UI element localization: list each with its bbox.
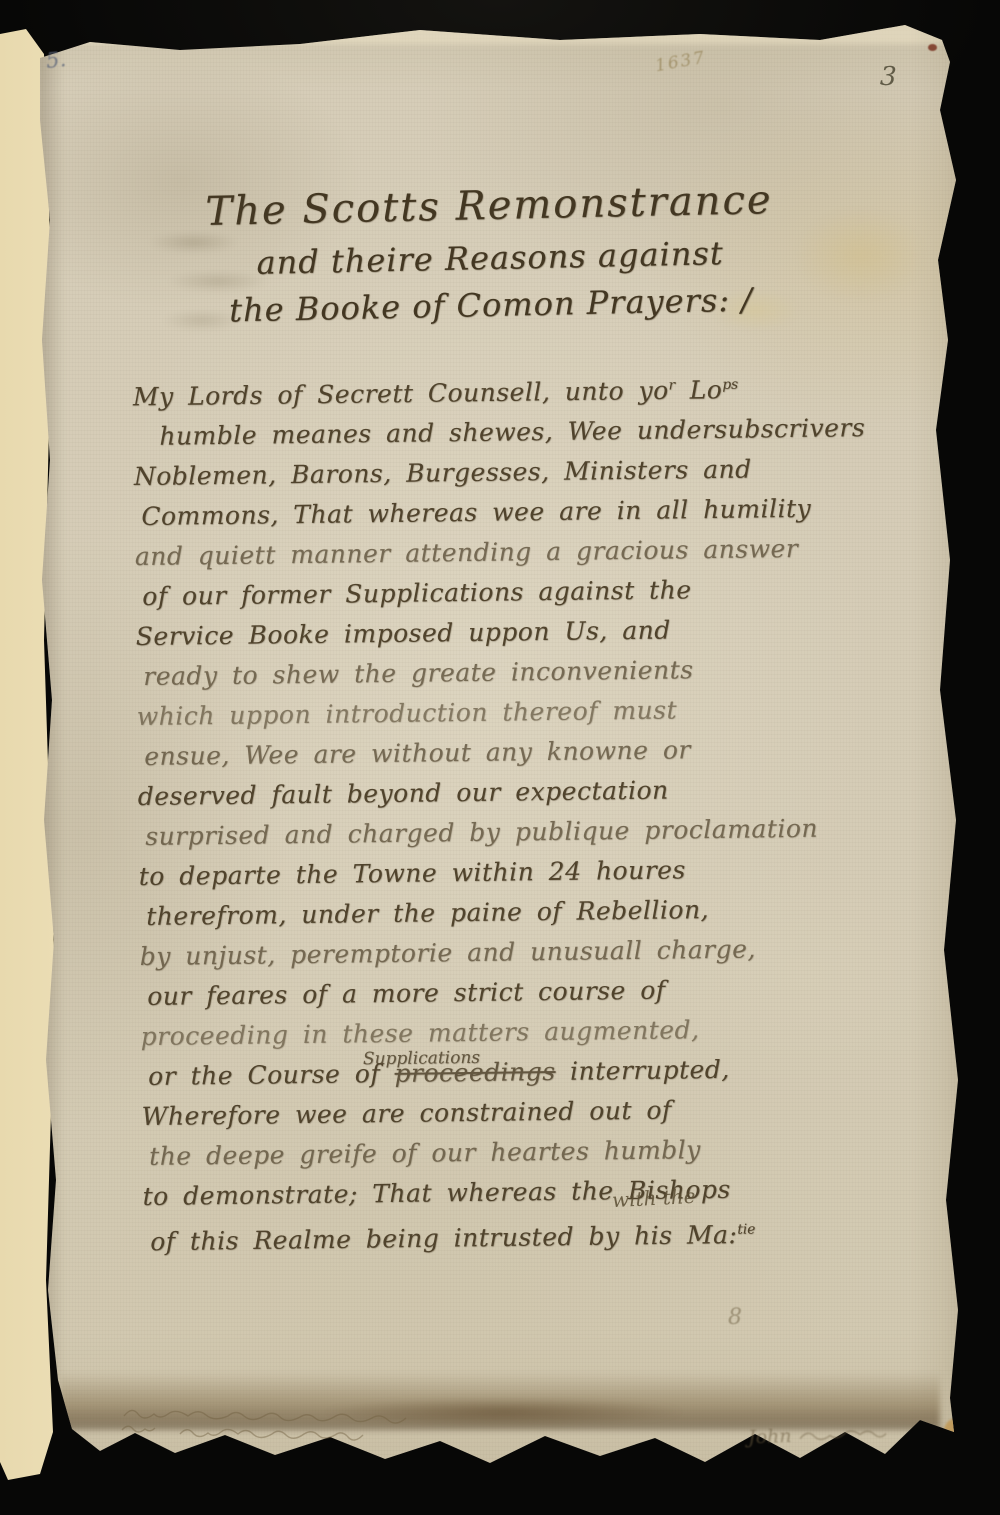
- correction-suffix: interrupted,: [555, 1055, 730, 1086]
- correction-prefix: or the Course of: [148, 1059, 395, 1091]
- year-annotation: 1637: [654, 48, 708, 77]
- illegible-flourish: [797, 1426, 888, 1445]
- illegible-marginalia-script: [120, 1402, 540, 1450]
- manuscript-line: ensue, Wee are without any knowne or: [144, 729, 797, 777]
- superscript: tie: [737, 1222, 755, 1238]
- struck-out-word: proceedings: [394, 1057, 555, 1088]
- manuscript-line: surprised and charged by publique procla…: [145, 809, 798, 857]
- salutation-text: My Lords of Secrett Counsell, unto yo: [133, 376, 669, 412]
- document-title: The Scotts Remonstrance and theire Reaso…: [168, 171, 811, 334]
- name-text: John: [748, 1425, 792, 1449]
- manuscript-line: and quiett manner attending a gracious a…: [135, 529, 795, 577]
- majesty-text: of this Realme being intrusted by his Ma…: [150, 1220, 737, 1256]
- archival-number: 5.: [45, 47, 67, 73]
- faint-numeral-mark: 8: [728, 1305, 742, 1330]
- manuscript-photo: 5. 1637 3 The Scotts Remonstrance and th…: [0, 0, 1000, 1515]
- manuscript-line: the deepe greife of our heartes humbly: [149, 1129, 802, 1177]
- catchword: with the: [611, 1184, 696, 1212]
- ink-layer: 5. 1637 3 The Scotts Remonstrance and th…: [0, 0, 1000, 1515]
- faded-name-inscription: John: [748, 1422, 888, 1449]
- majesty-line: of this Realme being intrusted by his Ma…: [150, 1209, 804, 1262]
- superscript: ps: [722, 377, 738, 393]
- manuscript-line: by unjust, peremptorie and unusuall char…: [139, 929, 799, 977]
- manuscript-body-text: My Lords of Secrett Counsell, unto yor L…: [133, 364, 804, 1263]
- corrected-line: or the Course of Supplicationsproceeding…: [148, 1049, 801, 1097]
- salutation-line: My Lords of Secrett Counsell, unto yor L…: [133, 364, 794, 417]
- salutation-text: Lo: [675, 375, 722, 405]
- folio-number: 3: [879, 62, 897, 93]
